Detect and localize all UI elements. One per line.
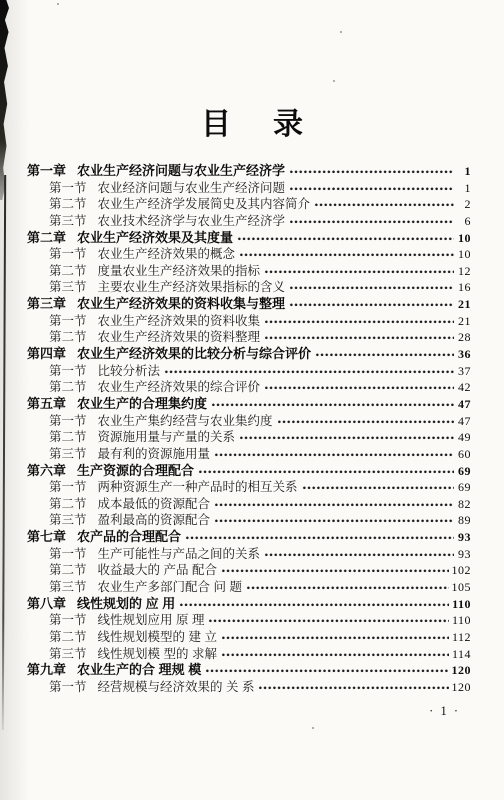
toc-row: 第三节 线性规划模 型的 求解 114 [27, 647, 471, 661]
toc-row: 第一节 经营规模与经济效果的 关 系 120 [27, 680, 471, 694]
entry-number: 第二节 [49, 630, 87, 644]
toc-row: 第二节 农业生产经济效果的综合评价 42 [27, 380, 471, 394]
dot-leader [264, 314, 454, 328]
entry-number: 第一节 [49, 613, 87, 627]
toc-row: 第二节 农业生产经济效果的资料整理 28 [27, 330, 471, 344]
dot-leader [264, 380, 454, 394]
toc-row: 第一节 生产可能性与产品之间的关系 93 [27, 547, 471, 561]
page-title-char-right: 录 [273, 107, 303, 143]
entry-title: 线性规划模型的 建 立 [98, 630, 217, 644]
dot-leader [214, 513, 454, 527]
scanned-toc-page: 目 录 第一章 农业生产经济问题与农业生产经济学 1 第一节 农业经济问题与农业… [0, 0, 504, 800]
entry-page-number: 16 [457, 280, 471, 294]
entry-title: 线性规划的 应 用 [77, 597, 175, 611]
entry-number: 第一节 [49, 414, 87, 428]
entry-number: 第二节 [49, 380, 87, 394]
dot-leader [277, 414, 454, 428]
dot-leader [264, 330, 454, 344]
dot-leader [205, 663, 448, 677]
entry-number: 第二节 [49, 497, 87, 511]
entry-title: 农业生产多部门配合 问 题 [98, 580, 242, 594]
dot-leader [221, 647, 449, 661]
entry-number: 第二节 [49, 430, 87, 444]
entry-title: 农业生产经济效果的资料整理 [98, 330, 261, 344]
entry-page-number: 21 [457, 314, 471, 328]
toc-row: 第一节 农业生产经济效果的资料收集 21 [27, 314, 471, 328]
entry-page-number: 60 [457, 447, 471, 461]
toc-row: 第三节 主要农业生产经济效果指标的含义 16 [27, 280, 471, 294]
entry-page-number: 12 [457, 264, 471, 278]
dot-leader [315, 347, 454, 361]
entry-number: 第六章 [27, 464, 66, 478]
dot-leader [289, 297, 454, 311]
entry-title: 农业技术经济学与农业生产经济学 [98, 214, 286, 228]
entry-number: 第一节 [49, 181, 87, 195]
dot-leader [246, 580, 449, 594]
entry-number: 第三节 [49, 580, 87, 594]
entry-title: 比较分析法 [98, 364, 161, 378]
dot-leader [289, 181, 454, 195]
entry-page-number: 69 [457, 464, 471, 478]
binding-edge-line [2, 175, 6, 730]
entry-page-number: 93 [457, 547, 471, 561]
entry-title: 农业生产经济学发展简史及其内容简介 [98, 197, 311, 211]
entry-number: 第三章 [27, 297, 66, 311]
entry-number: 第三节 [49, 447, 87, 461]
page-title: 目 录 [0, 107, 504, 143]
entry-page-number: 82 [457, 497, 471, 511]
entry-number: 第二节 [49, 563, 87, 577]
entry-number: 第三节 [49, 647, 87, 661]
entry-page-number: 120 [452, 680, 472, 694]
toc-row: 第三章 农业生产经济效果的资料收集与整理 21 [27, 297, 471, 311]
entry-page-number: 42 [457, 380, 471, 394]
entry-title: 农业生产集约经营与农业集约度 [98, 414, 273, 428]
entry-number: 第三节 [49, 513, 87, 527]
dot-leader [179, 597, 449, 611]
page-title-char-left: 目 [201, 107, 231, 143]
entry-page-number: 102 [452, 563, 472, 577]
entry-page-number: 1 [457, 164, 471, 178]
toc-row: 第二节 度量农业生产经济效果的指标 12 [27, 264, 471, 278]
entry-number: 第二章 [27, 231, 66, 245]
toc-row: 第二节 农业生产经济学发展简史及其内容简介 2 [27, 197, 471, 211]
entry-page-number: 69 [457, 480, 471, 494]
entry-title: 成本最低的资源配合 [98, 497, 211, 511]
dot-leader [258, 680, 448, 694]
entry-title: 农业生产的合 理规 模 [77, 663, 201, 677]
toc-row: 第八章 线性规划的 应 用 110 [27, 597, 471, 611]
entry-number: 第三节 [49, 280, 87, 294]
entry-title: 农业生产的合理集约度 [77, 397, 207, 411]
toc-row: 第二节 线性规划模型的 建 立 112 [27, 630, 471, 644]
toc-row: 第九章 农业生产的合 理规 模 120 [27, 663, 471, 677]
toc-row: 第二节 收益最大的 产品 配合 102 [27, 563, 471, 577]
scan-speck [340, 31, 342, 33]
entry-title: 农业生产经济效果及其度量 [77, 231, 233, 245]
dot-leader [289, 164, 454, 178]
entry-number: 第八章 [27, 597, 66, 611]
dot-leader [264, 547, 454, 561]
toc-row: 第七章 农产品的合理配合 93 [27, 530, 471, 544]
entry-number: 第一节 [49, 314, 87, 328]
entry-page-number: 21 [457, 297, 471, 311]
entry-title: 农业生产经济效果的资料收集 [98, 314, 261, 328]
dot-leader [221, 630, 449, 644]
dot-leader [208, 613, 448, 627]
entry-title: 农业生产经济效果的资料收集与整理 [77, 297, 285, 311]
entry-title: 收益最大的 产品 配合 [98, 563, 217, 577]
entry-title: 农产品的合理配合 [77, 530, 181, 544]
toc-row: 第二节 资源施用量与产量的关系 49 [27, 430, 471, 444]
toc-row: 第三节 农业生产多部门配合 问 题 105 [27, 580, 471, 594]
entry-page-number: 105 [452, 580, 472, 594]
entry-title: 农业生产经济效果的比较分析与综合评价 [77, 347, 311, 361]
entry-title: 度量农业生产经济效果的指标 [98, 264, 261, 278]
entry-title: 资源施用量与产量的关系 [98, 430, 236, 444]
entry-number: 第一节 [49, 364, 87, 378]
footer-page-number: · 1 · [429, 704, 460, 719]
toc-row: 第三节 最有利的资源施用量 60 [27, 447, 471, 461]
dot-leader [214, 497, 454, 511]
dot-leader [211, 397, 454, 411]
entry-page-number: 10 [457, 231, 471, 245]
toc-row: 第一节 线性规划应用 原 理 110 [27, 613, 471, 627]
entry-page-number: 112 [452, 630, 471, 644]
entry-page-number: 28 [457, 330, 471, 344]
entry-title: 两种资源生产一种产品时的相互关系 [98, 480, 298, 494]
toc-row: 第一节 农业经济问题与农业生产经济问题 1 [27, 181, 471, 195]
entry-page-number: 1 [457, 181, 471, 195]
entry-number: 第二节 [49, 197, 87, 211]
entry-page-number: 114 [452, 647, 471, 661]
toc-row: 第三节 农业技术经济学与农业生产经济学 6 [27, 214, 471, 228]
entry-title: 盈利最高的资源配合 [98, 513, 211, 527]
toc-row: 第六章 生产资源的合理配合 69 [27, 464, 471, 478]
entry-number: 第四章 [27, 347, 66, 361]
entry-page-number: 47 [457, 397, 471, 411]
entry-number: 第一章 [27, 164, 66, 178]
entry-number: 第二节 [49, 264, 87, 278]
dot-leader [185, 530, 454, 544]
dot-leader [237, 231, 454, 245]
entry-page-number: 37 [457, 364, 471, 378]
entry-number: 第一节 [49, 680, 87, 694]
entry-number: 第一节 [49, 247, 87, 261]
entry-page-number: 2 [457, 197, 471, 211]
entry-page-number: 47 [457, 414, 471, 428]
entry-number: 第三节 [49, 214, 87, 228]
toc-row: 第二章 农业生产经济效果及其度量 10 [27, 231, 471, 245]
toc-row: 第一节 农业生产经济效果的概念 10 [27, 247, 471, 261]
scan-speck [333, 80, 335, 82]
entry-page-number: 10 [457, 247, 471, 261]
entry-title: 线性规划模 型的 求解 [98, 647, 217, 661]
dot-leader [239, 430, 454, 444]
entry-title: 主要农业生产经济效果指标的含义 [98, 280, 286, 294]
entry-title: 生产资源的合理配合 [77, 464, 194, 478]
entry-page-number: 93 [457, 530, 471, 544]
entry-title: 生产可能性与产品之间的关系 [98, 547, 261, 561]
toc-list: 第一章 农业生产经济问题与农业生产经济学 1 第一节 农业经济问题与农业生产经济… [27, 164, 471, 694]
entry-title: 农业生产经济问题与农业生产经济学 [77, 164, 285, 178]
toc-row: 第二节 成本最低的资源配合 82 [27, 497, 471, 511]
dot-leader [164, 364, 454, 378]
entry-title: 经营规模与经济效果的 关 系 [98, 680, 255, 694]
entry-number: 第五章 [27, 397, 66, 411]
dot-leader [314, 197, 454, 211]
entry-title: 农业生产经济效果的概念 [98, 247, 236, 261]
dot-leader [289, 280, 454, 294]
entry-page-number: 110 [452, 597, 471, 611]
entry-page-number: 110 [452, 613, 471, 627]
entry-page-number: 6 [457, 214, 471, 228]
toc-row: 第一章 农业生产经济问题与农业生产经济学 1 [27, 164, 471, 178]
toc-row: 第一节 两种资源生产一种产品时的相互关系 69 [27, 480, 471, 494]
dot-leader [302, 480, 454, 494]
entry-number: 第九章 [27, 663, 66, 677]
toc-row: 第一节 比较分析法 37 [27, 364, 471, 378]
entry-page-number: 89 [457, 513, 471, 527]
dot-leader [264, 264, 454, 278]
scan-speck [57, 3, 59, 5]
entry-page-number: 49 [457, 430, 471, 444]
toc-row: 第一节 农业生产集约经营与农业集约度 47 [27, 414, 471, 428]
entry-title: 线性规划应用 原 理 [98, 613, 205, 627]
binding-scan-artifact [0, 0, 9, 200]
toc-row: 第四章 农业生产经济效果的比较分析与综合评价 36 [27, 347, 471, 361]
scan-speck [312, 727, 314, 729]
toc-row: 第五章 农业生产的合理集约度 47 [27, 397, 471, 411]
entry-number: 第一节 [49, 547, 87, 561]
dot-leader [214, 447, 454, 461]
entry-title: 最有利的资源施用量 [98, 447, 211, 461]
entry-number: 第七章 [27, 530, 66, 544]
dot-leader [289, 214, 454, 228]
toc-row: 第三节 盈利最高的资源配合 89 [27, 513, 471, 527]
dot-leader [221, 563, 449, 577]
entry-number: 第一节 [49, 480, 87, 494]
entry-title: 农业生产经济效果的综合评价 [98, 380, 261, 394]
dot-leader [239, 247, 454, 261]
dot-leader [198, 464, 454, 478]
entry-page-number: 120 [452, 663, 472, 677]
entry-page-number: 36 [457, 347, 471, 361]
entry-title: 农业经济问题与农业生产经济问题 [98, 181, 286, 195]
entry-number: 第二节 [49, 330, 87, 344]
